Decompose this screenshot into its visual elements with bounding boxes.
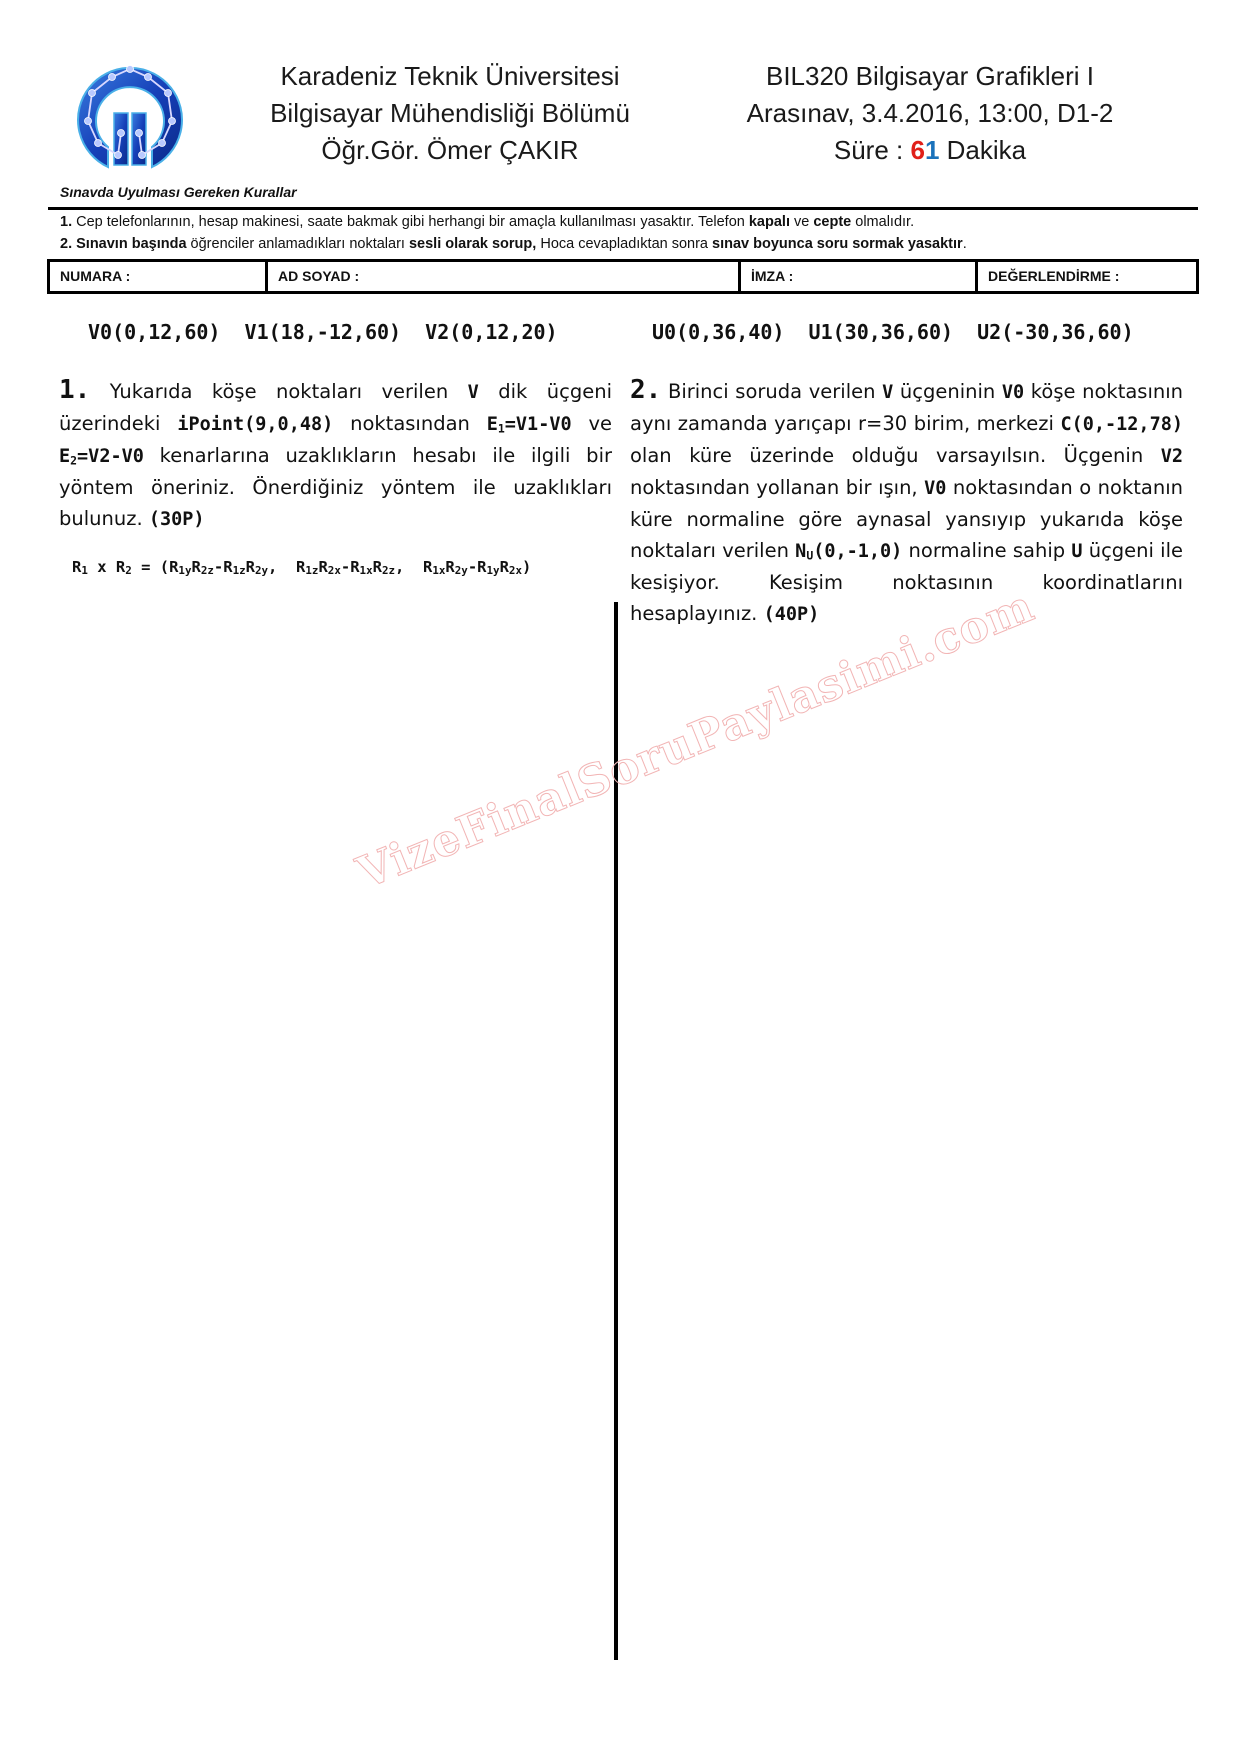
university-name: Karadeniz Teknik Üniversitesi [250, 58, 650, 95]
exam-duration: Süre : 61 Dakika [730, 132, 1130, 169]
exam-header: BIL320 Bilgisayar Grafikleri I Arasınav,… [730, 58, 1130, 169]
rule-1: 1. Cep telefonlarının, hesap makinesi, s… [60, 214, 914, 230]
header-divider [48, 207, 1198, 210]
question-number: 1. [59, 375, 90, 405]
duration-label: Süre : [834, 135, 911, 165]
u-triangle-vertices: U0(0,36,40) U1(30,36,60) U2(-30,36,60) [652, 320, 1134, 344]
duration-unit: Dakika [939, 135, 1026, 165]
university-logo [68, 55, 192, 179]
course-title: BIL320 Bilgisayar Grafikleri I [730, 58, 1130, 95]
department-name: Bilgisayar Mühendisliği Bölümü [250, 95, 650, 132]
student-number-field[interactable]: NUMARA : [50, 262, 268, 291]
rules-title: Sınavda Uyulması Gereken Kurallar [60, 184, 297, 200]
signature-field[interactable]: İMZA : [741, 262, 978, 291]
question-2: 2. Birinci soruda verilen V üçgeninin V0… [630, 375, 1183, 630]
question-1: 1. Yukarıda köşe noktaları verilen V dik… [59, 375, 612, 535]
rule-2: 2. Sınavın başında öğrenciler anlamadıkl… [60, 236, 967, 252]
duration-digit-red: 6 [910, 135, 924, 165]
exam-info: Arasınav, 3.4.2016, 13:00, D1-2 [730, 95, 1130, 132]
question-points: (40P) [764, 604, 820, 625]
question-number: 2. [630, 375, 661, 405]
university-header: Karadeniz Teknik Üniversitesi Bilgisayar… [250, 58, 650, 169]
cross-product-formula: R1 x R2 = (R1yR2z-R1zR2y, R1zR2x-R1xR2z,… [72, 558, 531, 576]
v-triangle-vertices: V0(0,12,60) V1(18,-12,60) V2(0,12,20) [88, 320, 558, 344]
instructor-name: Öğr.Gör. Ömer ÇAKIR [250, 132, 650, 169]
student-info-table: NUMARA : AD SOYAD : İMZA : DEĞERLENDİRME… [47, 259, 1199, 294]
student-name-field[interactable]: AD SOYAD : [268, 262, 741, 291]
ktu-logo-icon [68, 55, 192, 179]
duration-digit-blue: 1 [925, 135, 939, 165]
question-points: (30P) [149, 509, 205, 530]
grade-field: DEĞERLENDİRME : [978, 262, 1196, 291]
